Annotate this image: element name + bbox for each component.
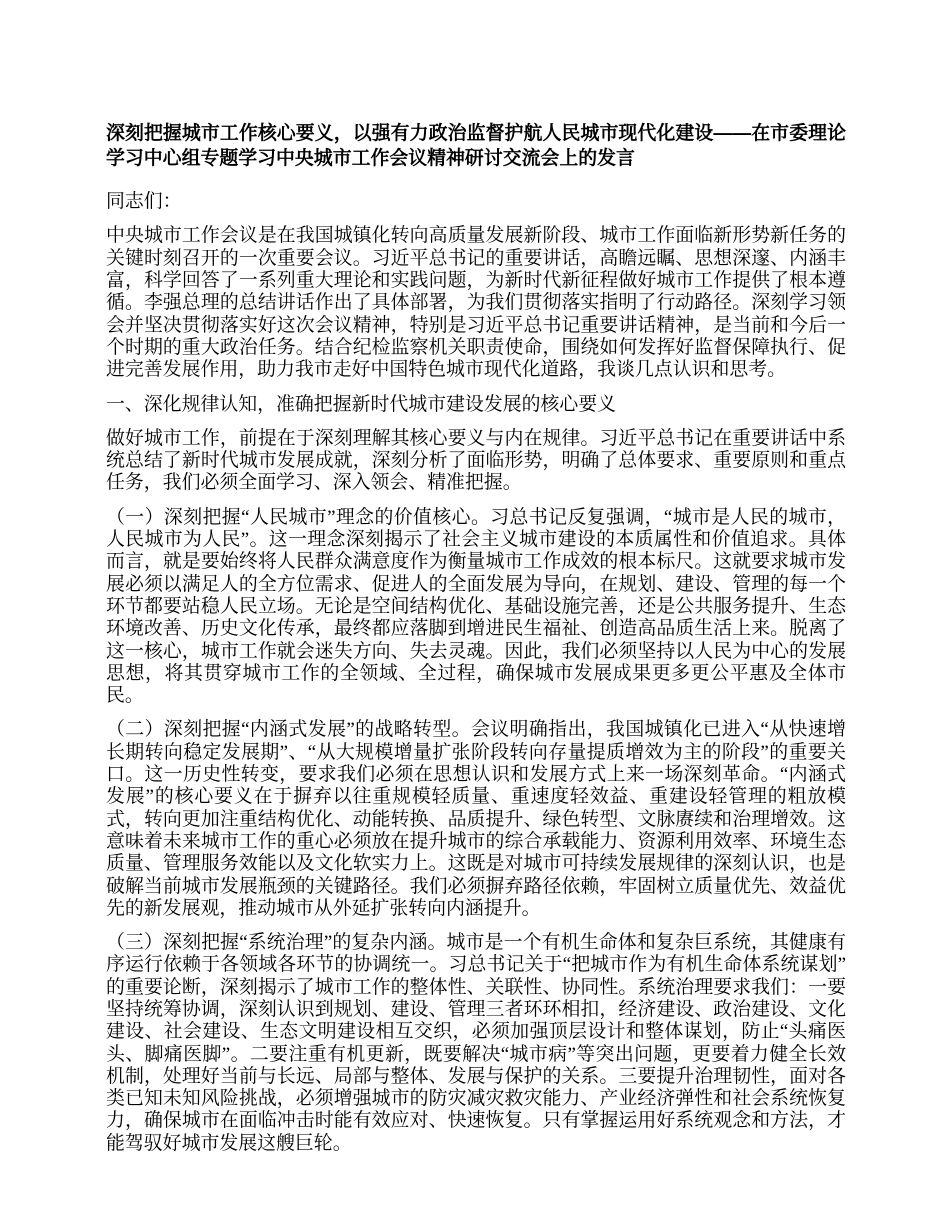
section-1-heading: 一、深化规律认知，准确把握新时代城市建设发展的核心要义	[106, 394, 846, 416]
point-1-paragraph: （一）深刻把握“人民城市”理念的价值核心。习总书记反复强调，“城市是人民的城市，…	[106, 507, 846, 708]
document-page: 深刻把握城市工作核心要义，以强有力政治监督护航人民城市现代化建设——在市委理论学…	[0, 0, 950, 1230]
intro-paragraph: 中央城市工作会议是在我国城镇化转向高质量发展新阶段、城市工作面临新形势新任务的关…	[106, 225, 846, 381]
salutation: 同志们：	[106, 191, 846, 213]
point-2-paragraph: （二）深刻把握“内涵式发展”的战略转型。会议明确指出，我国城镇化已进入“从快速增…	[106, 719, 846, 920]
section-1-lead-paragraph: 做好城市工作，前提在于深刻理解其核心要义与内在规律。习近平总书记在重要讲话中系统…	[106, 428, 846, 495]
document-body: 深刻把握城市工作核心要义，以强有力政治监督护航人民城市现代化建设——在市委理论学…	[106, 122, 846, 1167]
document-title: 深刻把握城市工作核心要义，以强有力政治监督护航人民城市现代化建设——在市委理论学…	[106, 122, 846, 171]
point-3-paragraph: （三）深刻把握“系统治理”的复杂内涵。城市是一个有机生命体和复杂巨系统，其健康有…	[106, 932, 846, 1155]
